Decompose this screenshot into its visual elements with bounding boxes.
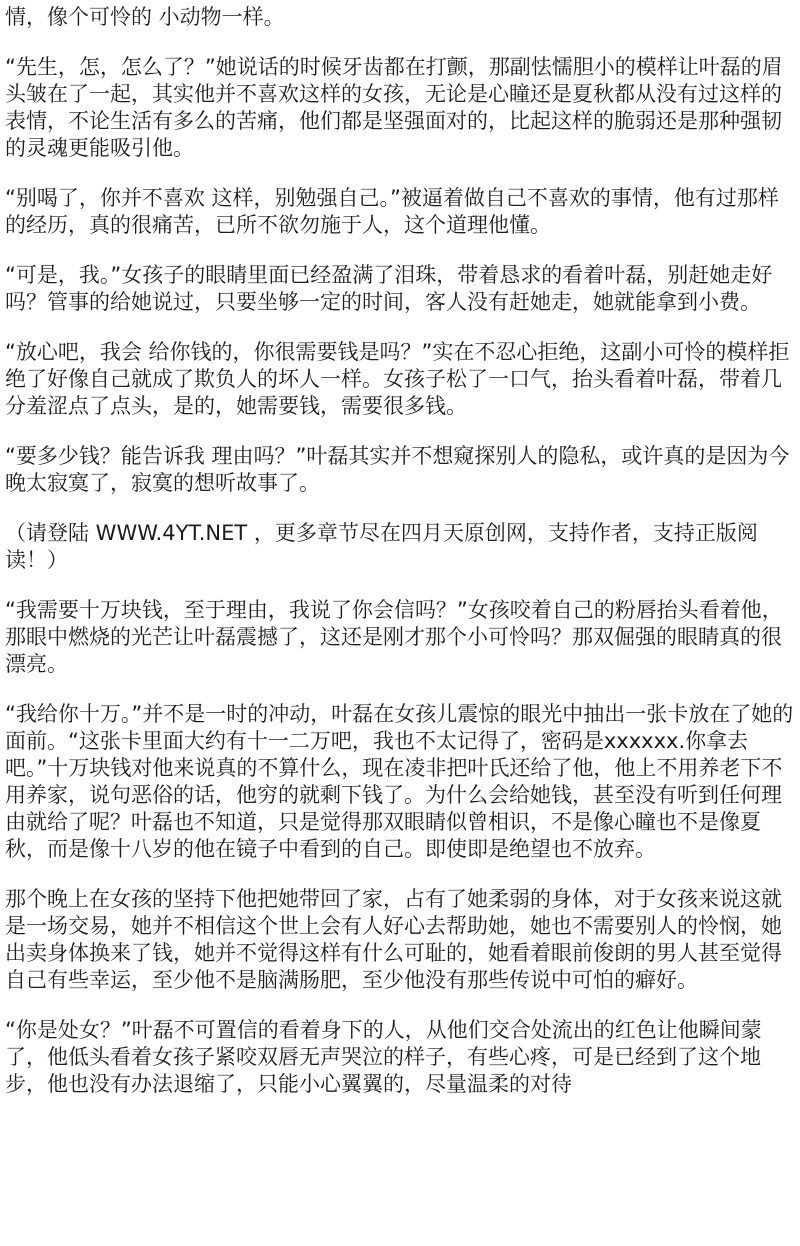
paragraph: “可是，我。”女孩子的眼睛里面已经盈满了泪珠，带着恳求的看着叶磊，别赶她走好吗？… [5, 262, 798, 316]
paragraph: “要多少钱？能告诉我 理由吗？”叶磊其实并不想窥探别人的隐私，或许真的是因为今晚… [5, 443, 798, 497]
paragraph: “放心吧，我会 给你钱的，你很需要钱是吗？”实在不忍心拒绝，这副小可怜的模样拒绝… [5, 339, 798, 420]
paragraph: “我需要十万块钱，至于理由，我说了你会信吗？”女孩咬着自己的粉唇抬头看着他，那眼… [5, 597, 798, 678]
paragraph: “我给你十万。”并不是一时的冲动，叶磊在女孩儿震惊的眼光中抽出一张卡放在了她的面… [5, 701, 798, 863]
paragraph: 那个晚上在女孩的坚持下他把她带回了家，占有了她柔弱的身体，对于女孩来说这就是一场… [5, 886, 798, 994]
paragraph: “你是处女？”叶磊不可置信的看着身下的人，从他们交合处流出的红色让他瞬间蒙了，他… [5, 1017, 798, 1098]
novel-page: 情，像个可怜的 小动物一样。“先生，怎，怎么了？”她说话的时候牙齿都在打颤，那副… [0, 0, 800, 1246]
paragraph: “先生，怎，怎么了？”她说话的时候牙齿都在打颤，那副怯懦胆小的模样让叶磊的眉头皱… [5, 54, 798, 162]
paragraph: （请登陆 WWW.4YT.NET ，更多章节尽在四月天原创网，支持作者，支持正版… [5, 520, 798, 574]
paragraph: 情，像个可怜的 小动物一样。 [5, 4, 798, 31]
paragraph-container: 情，像个可怜的 小动物一样。“先生，怎，怎么了？”她说话的时候牙齿都在打颤，那副… [5, 4, 798, 1098]
paragraph: “别喝了，你并不喜欢 这样，别勉强自己。”被逼着做自己不喜欢的事情，他有过那样的… [5, 185, 798, 239]
